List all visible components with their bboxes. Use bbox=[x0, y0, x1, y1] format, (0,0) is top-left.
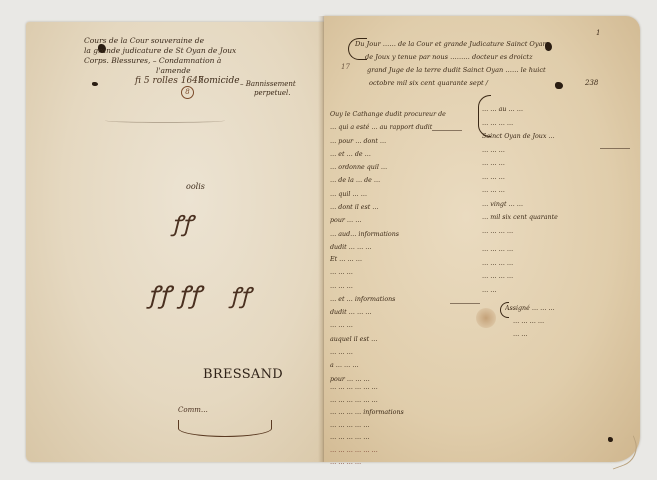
text-line: … … … bbox=[482, 157, 634, 171]
cover-title-line: la grande judicature de St Oyan de Joux bbox=[84, 46, 236, 56]
left-column-paragraph-2: Et … … … … … … … … … … et … informations… bbox=[330, 253, 480, 386]
ink-blot bbox=[545, 42, 552, 51]
folio-number: 1 bbox=[596, 30, 600, 37]
paper-stain bbox=[476, 308, 496, 328]
cover-title-line: Corps. Blessures, – Condamnation à bbox=[84, 56, 236, 66]
text-line: … … … bbox=[482, 171, 634, 185]
ink-blot bbox=[608, 437, 613, 442]
page-mark: 238 bbox=[585, 80, 598, 87]
pen-flourish: ꝭꝭ bbox=[230, 286, 251, 308]
text-line: … … bbox=[505, 328, 635, 341]
text-line: … … … … … … bbox=[330, 382, 630, 395]
text-line: … … … bbox=[482, 144, 634, 158]
text-line: … de la … de … bbox=[330, 174, 480, 187]
text-line: … … … … informations bbox=[330, 407, 630, 420]
text-line: … … … … bbox=[505, 315, 635, 328]
header-line: grand Juge de la terre dudit Sainct Oyan… bbox=[355, 64, 635, 77]
text-line: … … … … bbox=[482, 257, 634, 271]
right-column-paragraph-2: … … … … … … … … … … … … … … bbox=[482, 243, 634, 297]
side-word: oolis bbox=[186, 183, 205, 191]
line-filler bbox=[432, 130, 462, 131]
text-line: … et … informations bbox=[330, 293, 480, 306]
text-line: … … … … bbox=[482, 243, 634, 257]
right-column-paragraph-3: Assigné … … … … … … … … … bbox=[505, 302, 635, 341]
text-line: … quil … … bbox=[330, 188, 480, 201]
text-line: … … … … bbox=[482, 117, 634, 131]
text-line: … … … … bbox=[482, 270, 634, 284]
outcome-line: – Bannissement bbox=[240, 80, 296, 89]
text-line: pour … … bbox=[330, 214, 480, 227]
pencil-stroke bbox=[105, 118, 225, 123]
pen-flourish: ꝭꝭ bbox=[172, 214, 193, 236]
text-line: … qui a esté … au rapport dudit bbox=[330, 121, 480, 134]
signature-flourish bbox=[178, 420, 272, 437]
text-line: … aud… informations bbox=[330, 228, 480, 241]
faint-text-line: … … … … bbox=[330, 457, 630, 470]
line-filler bbox=[600, 148, 630, 149]
ink-blot bbox=[555, 82, 563, 89]
text-line: … et … de … bbox=[330, 148, 480, 161]
text-line: Assigné … … … bbox=[505, 302, 635, 315]
text-line: dudit … … … bbox=[330, 306, 480, 319]
text-line: … pour … dont … bbox=[330, 135, 480, 148]
text-line: … … … … … … bbox=[330, 395, 630, 408]
text-line: … … … … … bbox=[330, 420, 630, 433]
text-line: … … … … … bbox=[330, 432, 630, 445]
reference-number: fi 5 rolles 1647 bbox=[135, 77, 204, 86]
text-line: a … … … bbox=[330, 359, 480, 372]
text-line: … … au … … bbox=[482, 103, 634, 117]
case-subject: homicide bbox=[198, 77, 240, 86]
manuscript-spread: Cours de la Cour souveraine de la grande… bbox=[0, 0, 657, 480]
text-line: … ordonne quil … bbox=[330, 161, 480, 174]
text-line: Sainct Oyan de Joux … bbox=[482, 130, 634, 144]
text-line: … vingt … … bbox=[482, 198, 634, 212]
text-line: Ouy le Cathange dudit procureur de bbox=[330, 108, 480, 121]
text-line: auquel il est … bbox=[330, 333, 480, 346]
text-line: … … … bbox=[482, 184, 634, 198]
cover-title-line: l'amende bbox=[84, 66, 236, 76]
header-line: de Joux y tenue par nous ……… docteur es … bbox=[355, 51, 635, 64]
margin-number: 17 bbox=[341, 64, 350, 71]
text-line: … … … … bbox=[482, 225, 634, 239]
text-line: … … … bbox=[330, 280, 480, 293]
cover-title-line: Cours de la Cour souveraine de bbox=[84, 36, 236, 46]
text-line: … … … bbox=[330, 346, 480, 359]
text-line: … … … bbox=[330, 266, 480, 279]
text-line: … mil six cent quarante bbox=[482, 211, 634, 225]
line-filler bbox=[450, 303, 480, 304]
bottom-paragraph: … … … … … … … … … … … … … … … … informat… bbox=[330, 382, 630, 470]
cover-title: Cours de la Cour souveraine de la grande… bbox=[84, 36, 236, 76]
ink-blot bbox=[92, 82, 98, 86]
circled-number: 8 bbox=[181, 86, 194, 99]
bressand-stamp: BRESSAND bbox=[203, 367, 283, 382]
text-line: … … … bbox=[330, 319, 480, 332]
pen-flourish: ꝭꝭ ꝭꝭ bbox=[148, 283, 201, 307]
text-line: Et … … … bbox=[330, 253, 480, 266]
signature: Comm… bbox=[178, 407, 208, 414]
text-line: … dont il est … bbox=[330, 201, 480, 214]
case-outcome: – Bannissement perpetuel. bbox=[240, 80, 296, 98]
outcome-line: perpetuel. bbox=[240, 89, 296, 98]
faint-text-line: … … … … … … bbox=[330, 445, 630, 458]
header-line: Du Jour …… de la Cour et grande Judicatu… bbox=[355, 38, 635, 51]
right-column-paragraph-1: … … au … … … … … … Sainct Oyan de Joux …… bbox=[482, 103, 634, 238]
text-line: … … bbox=[482, 284, 634, 298]
